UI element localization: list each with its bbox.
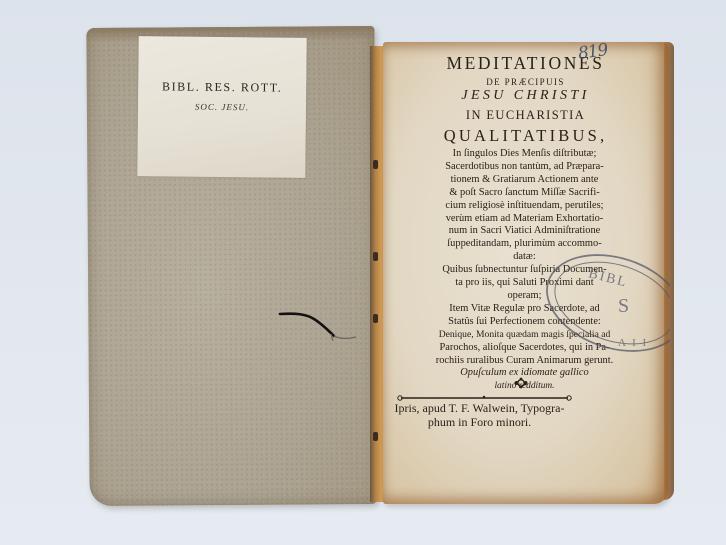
photo-scene: BIBL. RES. ROTT. SOC. JESU. MEDITATIONES… xyxy=(0,0,726,545)
title-de-praecipuis: DE PRÆCIPUIS xyxy=(383,77,668,87)
title-meditationes: MEDITATIONES xyxy=(383,53,668,74)
handwritten-shelf-mark: 819 xyxy=(577,40,609,64)
stamp-text-bottom: A I I xyxy=(618,337,648,349)
imprint-line1: Ipris, apud T. F. Walwein, Typogra- xyxy=(291,401,668,416)
body-line: In ſingulos Dies Menſis diſtributæ; xyxy=(399,148,650,161)
binding-stitch xyxy=(373,432,378,441)
binding-stitch xyxy=(373,314,378,323)
pen-crack-mark xyxy=(278,310,358,346)
stamp-letter: S xyxy=(618,295,629,317)
body-line: tionem & Gratiarum Actionem ante xyxy=(399,174,650,187)
library-stamp-icon: BIBL S A I I xyxy=(540,248,670,358)
library-label-line1: BIBL. RES. ROTT. xyxy=(138,79,306,96)
binding-stitch xyxy=(373,160,378,169)
library-label: BIBL. RES. ROTT. SOC. JESU. xyxy=(137,36,306,178)
stamp-text-top: BIBL xyxy=(587,266,629,290)
body-line: & poſt Sacro ſanctum Miſſæ Sacrifi- xyxy=(399,187,650,200)
printers-ornament-icon xyxy=(513,377,529,389)
body-line: Sacerdotibus non tantùm, ad Præpara- xyxy=(399,161,650,174)
imprint-line2: phum in Foro minori. xyxy=(291,415,668,430)
library-label-line2: SOC. JESU. xyxy=(138,101,306,113)
body-line: verùm etiam ad Materiam Exhortatio- xyxy=(399,213,650,226)
body-line: num in Sacri Viatici Adminiſtratione xyxy=(399,225,650,238)
title-jesu-christi: JESU CHRISTI xyxy=(383,88,668,104)
title-in-eucharistia: IN EUCHARISTIA xyxy=(383,108,668,123)
body-line: cium religiosè inſtituendam, perutiles; xyxy=(399,200,650,213)
title-qualitatibus: QUALITATIBUS, xyxy=(383,126,668,146)
binding-stitch xyxy=(373,252,378,261)
